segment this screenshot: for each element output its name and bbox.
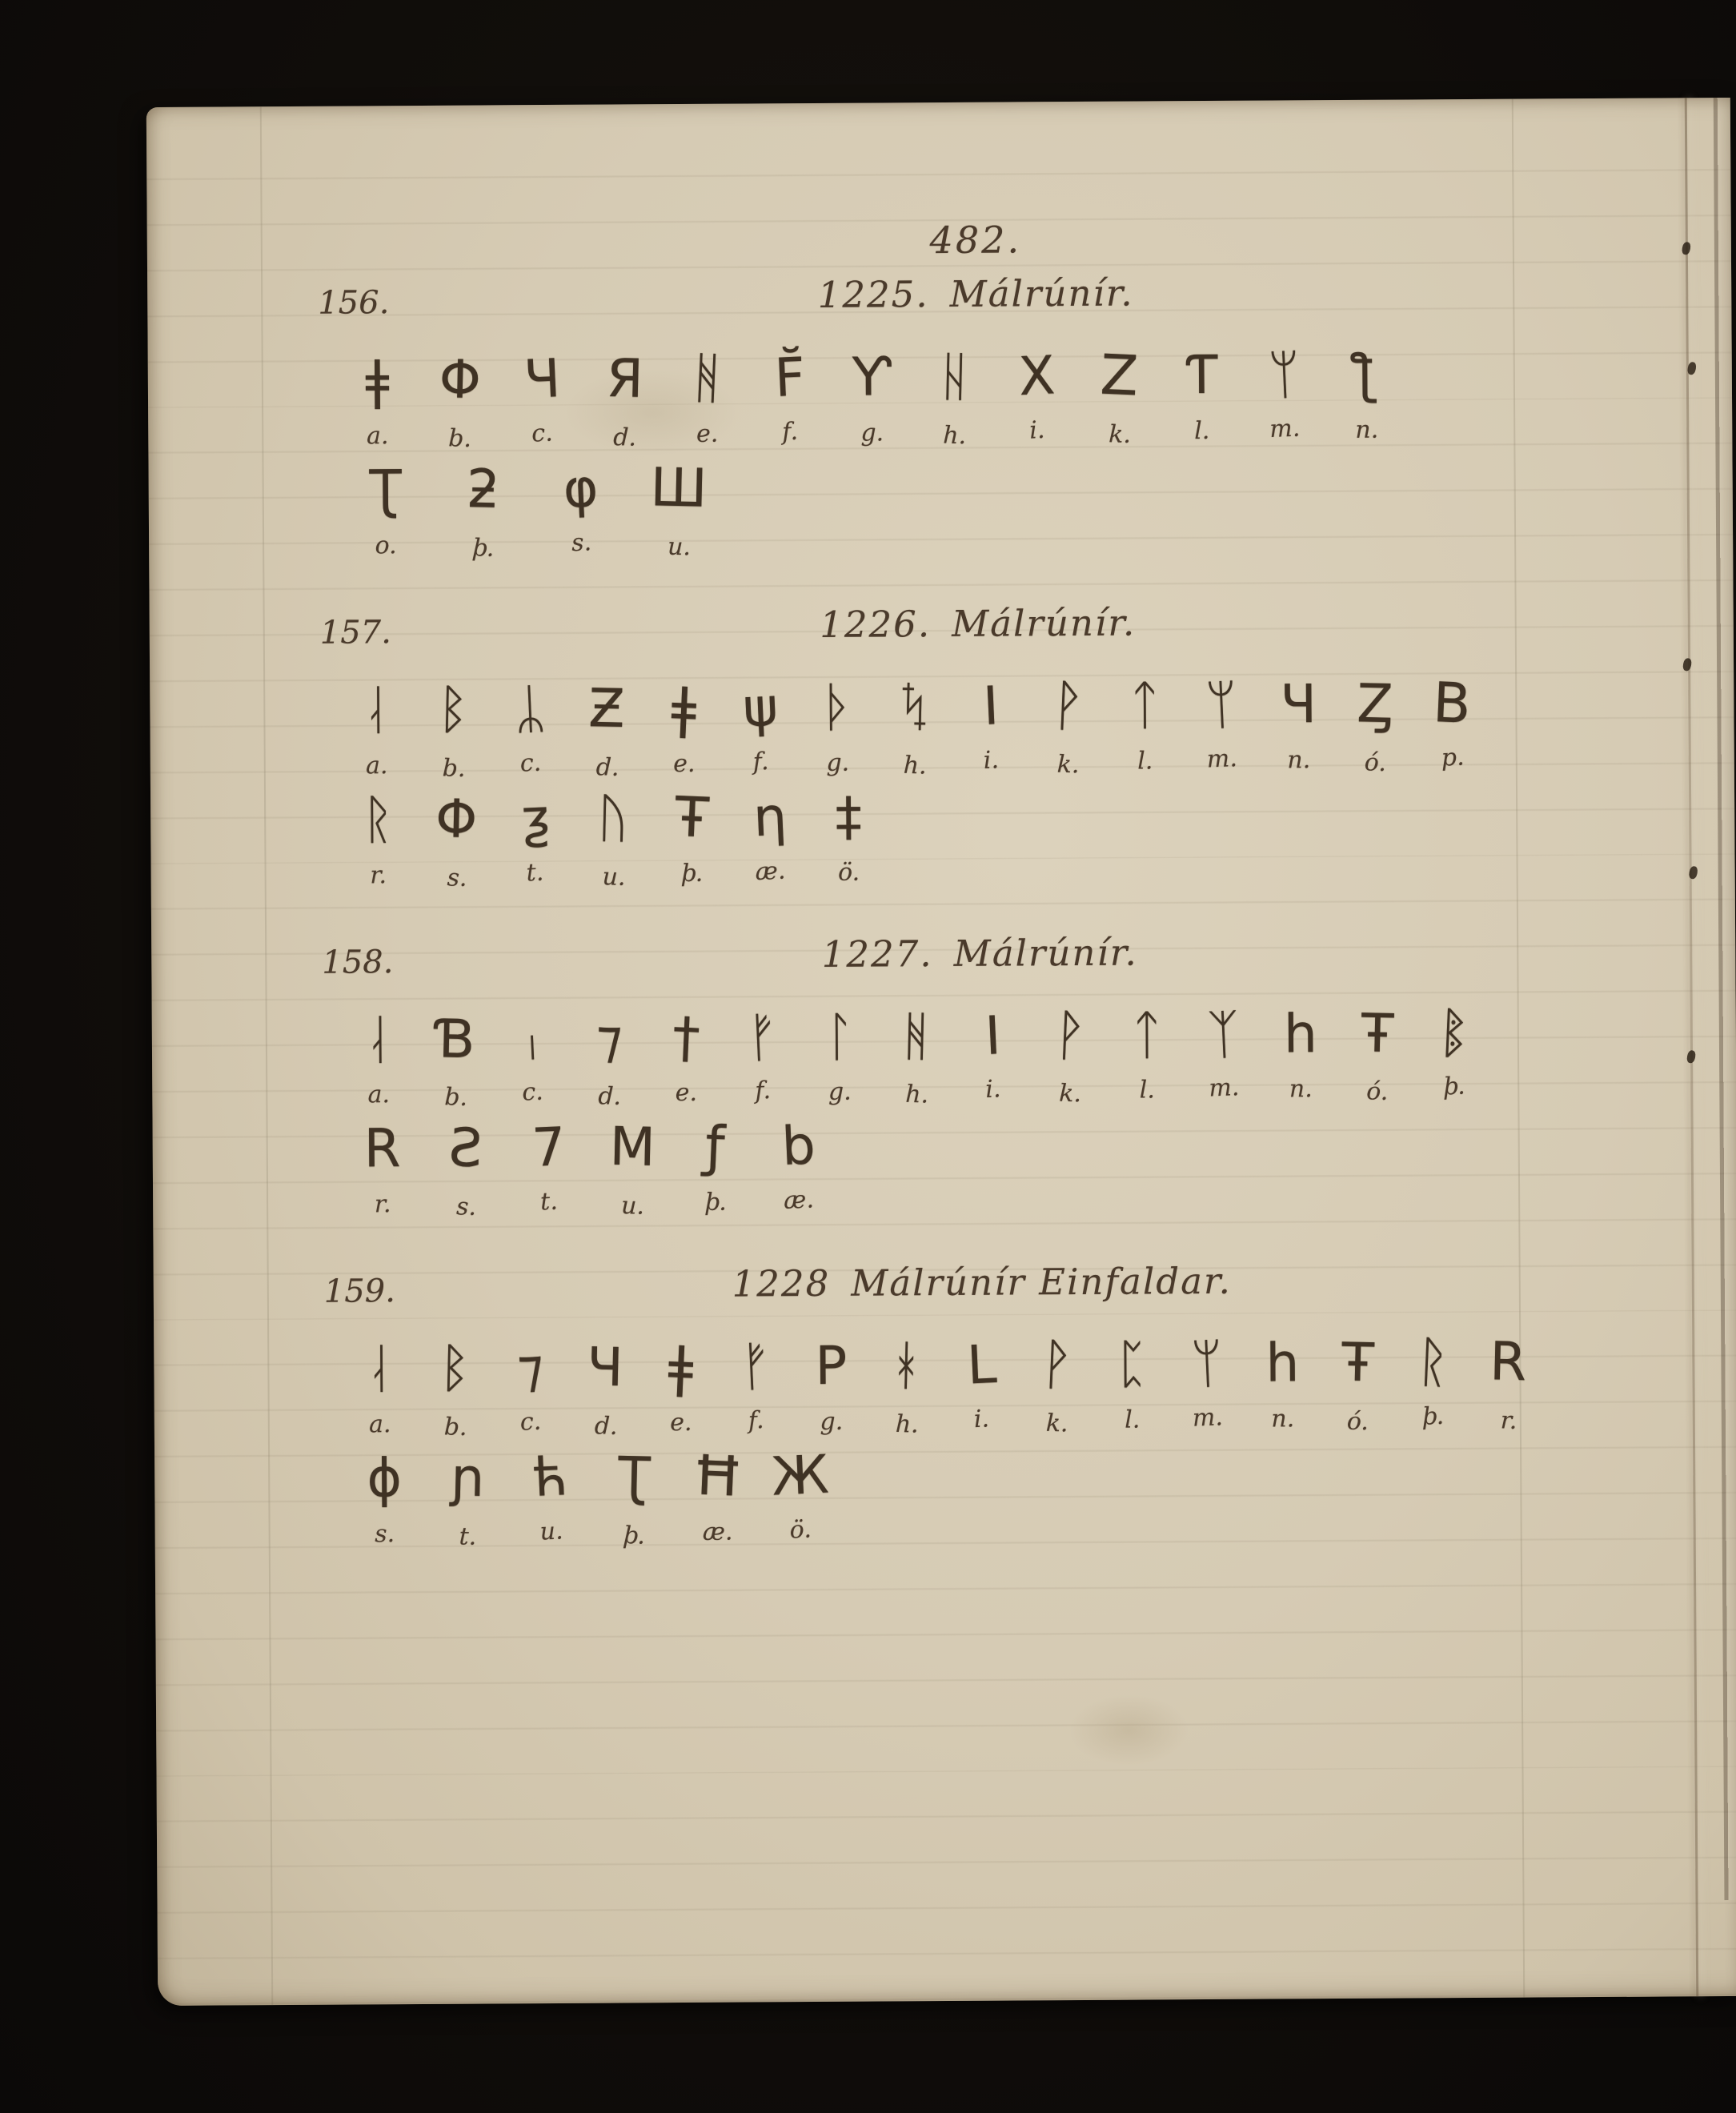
- rune-glyph: L: [965, 1334, 997, 1396]
- rune-letter-label: n.: [1287, 746, 1310, 774]
- rune-letter-label: ó.: [1366, 1078, 1389, 1107]
- rune-letter-label: r.: [375, 1191, 391, 1219]
- rune-glyph: Ч: [523, 348, 562, 411]
- rune-item: ᛦc.: [491, 679, 569, 779]
- rune-rows: ᛆa.ᛒb.⁊c.Чd.ǂe.ᚠf.Pg.ᚼh.Li.ᚹk.ᛈl.ᛘm.hn.Ŧ…: [342, 1331, 1624, 1549]
- rune-item: Ȥó.: [1337, 673, 1414, 773]
- stitch-hole: [1688, 865, 1698, 880]
- rune-glyph: ᚼ: [890, 1335, 923, 1397]
- rune-letter-label: k.: [1108, 420, 1131, 449]
- rune-item: Ɓb.: [417, 1008, 495, 1109]
- section-159: 159. 1228Málrúnír Einfaldar. ᛆa.ᛒb.⁊c.Чd…: [342, 1257, 1624, 1549]
- rune-item: ᛉm.: [1185, 1004, 1263, 1104]
- catalog-number: 1228: [732, 1262, 831, 1305]
- rune-glyph: ϕ: [367, 1448, 402, 1509]
- rune-item: ‡ö.: [809, 786, 888, 886]
- rune-letter-label: c.: [519, 748, 542, 777]
- rune-letter-label: m.: [1206, 744, 1237, 774]
- rune-glyph: X: [1017, 345, 1056, 407]
- rune-glyph: ᚱ: [1415, 1330, 1451, 1395]
- rune-letter-label: u.: [539, 1518, 563, 1546]
- rune-glyph: ᛉ: [1206, 1004, 1241, 1066]
- rune-item: ǂa.: [336, 350, 419, 451]
- rune-letter-label: ö.: [838, 858, 860, 886]
- rune-letter-label: g.: [860, 419, 884, 447]
- rune-letter-label: l.: [1140, 1077, 1155, 1105]
- rune-letter-label: c.: [531, 419, 554, 447]
- handwritten-content: 482. 156. 1225.Málrúnír. ǂa.Φb.Чc.Яd.ᚻe.…: [335, 215, 1624, 1595]
- rune-item: Ƭl.: [1161, 345, 1244, 446]
- rune-item: ћu.: [509, 1447, 593, 1548]
- section-157: 157. 1226.Málrúnír. ᛆa.ᛒb.ᛦc.Ƶd.ǂe.ψf.ᚦg…: [338, 599, 1620, 890]
- rune-glyph: Я: [606, 348, 644, 410]
- rune-glyph: Z: [1099, 343, 1139, 408]
- rune-glyph: b: [780, 1116, 816, 1178]
- rune-letter-label: æ.: [755, 856, 786, 886]
- rune-item: ψf.: [722, 677, 800, 777]
- rune-letter-label: ó.: [1365, 748, 1387, 777]
- rune-item: ᚱþ.: [1395, 1332, 1471, 1432]
- rune-item: ɲt.: [426, 1448, 510, 1549]
- rune-item: Ii.: [952, 676, 1030, 776]
- rune-item: ᚦg.: [799, 676, 876, 776]
- rune-glyph: 7: [531, 1117, 567, 1180]
- rune-item: ᛏl.: [1109, 1004, 1186, 1105]
- rune-letter-label: s.: [375, 1520, 395, 1548]
- rune-letter-label: t.: [459, 1522, 477, 1551]
- rune-letter-label: a.: [367, 1081, 390, 1109]
- rune-glyph: ƻ: [466, 459, 501, 520]
- rune-glyph: ᚹ: [1052, 1003, 1089, 1068]
- rune-glyph: ᚹ: [1050, 673, 1086, 738]
- rune-glyph: ƪ: [1357, 344, 1376, 405]
- rune-item: ᚠf.: [718, 1337, 794, 1437]
- rune-letter-label: g.: [828, 1078, 852, 1106]
- rune-glyph: ᛏ: [1131, 1004, 1163, 1065]
- rune-item: ᚢu.: [574, 788, 653, 888]
- rune-item: Чc.: [501, 349, 584, 450]
- rune-item: Жö.: [759, 1445, 843, 1546]
- rune-row: ᛆa.ᛒb.ᛦc.Ƶd.ǂe.ψf.ᚦg.ᛪh.Ii.ᚹk.ᛏl.ᛘm.Чn.Ȥ…: [338, 672, 1619, 780]
- rune-letter-label: d.: [613, 423, 637, 452]
- rune-glyph: ᚠ: [745, 1006, 780, 1069]
- rune-item: ᛏl.: [1106, 675, 1184, 775]
- rune-letter-label: l.: [1137, 747, 1153, 775]
- rune-letter-label: d.: [594, 1412, 618, 1441]
- rune-glyph: ᚠ: [739, 1336, 773, 1398]
- rune-item: Яd.: [583, 348, 667, 449]
- rune-letter-label: n.: [1271, 1405, 1294, 1433]
- binding-crease: [1685, 98, 1698, 1996]
- section-header: 159. 1228Málrúnír Einfaldar.: [342, 1257, 1622, 1329]
- rune-letter-label: æ.: [784, 1186, 815, 1216]
- rune-glyph: F̆: [773, 347, 806, 409]
- rune-row: Ʈo.ƻþ.φs.Шu.: [336, 452, 1618, 560]
- rune-letter-label: b.: [442, 754, 466, 783]
- rune-glyph: Φ: [435, 788, 478, 850]
- rune-item: bæ.: [756, 1116, 840, 1217]
- rune-item: Ƶd.: [568, 678, 646, 778]
- rune-item: φs.: [531, 458, 630, 559]
- rune-item: ᚱr.: [339, 789, 418, 889]
- rune-letter-label: þ.: [1421, 1402, 1445, 1431]
- rune-glyph: ᛘ: [1205, 674, 1239, 736]
- rune-glyph: ǂ: [365, 350, 390, 411]
- section-number: 158.: [322, 944, 393, 981]
- rune-letter-label: l.: [1194, 417, 1209, 445]
- rune-item: ǂe.: [645, 677, 723, 777]
- rune-letter-label: h.: [943, 421, 967, 450]
- rune-letter-label: g.: [820, 1408, 843, 1436]
- rune-letter-label: a.: [369, 1410, 391, 1438]
- rune-letter-label: d.: [595, 753, 619, 782]
- rune-letter-label: e.: [670, 1409, 692, 1437]
- section-header: 156. 1225.Málrúnír.: [335, 269, 1616, 341]
- section-156: 156. 1225.Málrúnír. ǂa.Φb.Чc.Яd.ᚻe.F̆f.Ƴ…: [335, 269, 1618, 560]
- rune-glyph: ћ: [532, 1446, 569, 1509]
- rune-letter-label: e.: [673, 750, 696, 778]
- rune-item: ᚼh.: [868, 1335, 944, 1435]
- rune-glyph: ᛈ: [1116, 1334, 1148, 1395]
- rune-glyph: Ч: [587, 1337, 624, 1398]
- next-page-edge: [1714, 98, 1736, 1900]
- rune-item: Шu.: [629, 458, 728, 559]
- rune-item: Ƨs.: [423, 1118, 507, 1219]
- rune-item: ᛒb.: [417, 1338, 493, 1438]
- rune-glyph: ᛒ: [439, 1338, 471, 1400]
- rune-letter-label: u.: [667, 532, 691, 561]
- rune-letter-label: e.: [676, 1079, 698, 1107]
- rune-glyph: ᛪ: [898, 676, 931, 738]
- rune-glyph: ψ: [742, 676, 780, 739]
- rune-letter-label: þ.: [472, 534, 495, 563]
- rune-item: ϕs.: [343, 1448, 427, 1549]
- rune-letter-label: b.: [443, 1413, 467, 1442]
- rune-item: ᚻe.: [666, 347, 749, 448]
- rune-letter-label: b.: [443, 1084, 467, 1113]
- section-heading: 1228Málrúnír Einfaldar.: [342, 1257, 1622, 1308]
- rune-item: ᛘm.: [1243, 344, 1326, 445]
- rune-glyph: h: [1284, 1004, 1317, 1065]
- rune-glyph: I: [982, 676, 1000, 737]
- rune-letter-label: þ.: [623, 1522, 646, 1550]
- rune-letter-label: c.: [519, 1408, 542, 1437]
- rune-glyph: ᛦ: [513, 678, 547, 740]
- rune-letter-label: f.: [781, 418, 798, 447]
- rune-rows: ᛆa.ᛒb.ᛦc.Ƶd.ǂe.ψf.ᚦg.ᛪh.Ii.ᚹk.ᛏl.ᛘm.Чn.Ȥ…: [338, 672, 1620, 890]
- section-header: 158. 1227.Málrúnír.: [339, 928, 1620, 1000]
- rune-glyph: ᛏ: [1129, 675, 1161, 736]
- rune-letter-label: e.: [696, 420, 719, 448]
- rune-glyph: Ш: [650, 457, 708, 519]
- rune-item: ƞæ.: [731, 787, 810, 887]
- rune-letter-label: n.: [1289, 1076, 1313, 1104]
- rune-letter-label: a.: [367, 422, 389, 450]
- rune-glyph: φ: [562, 458, 599, 520]
- rune-item: Ħæ.: [676, 1446, 760, 1547]
- rune-letter-label: k.: [1056, 750, 1080, 779]
- rune-glyph: †: [671, 1005, 701, 1069]
- rune-letter-label: þ.: [1443, 1073, 1466, 1101]
- section-title: Málrúnír.: [949, 272, 1133, 315]
- rune-glyph: Ħ: [691, 1444, 744, 1510]
- rune-glyph: Ŧ: [1361, 1003, 1394, 1065]
- section-heading: 1227.Málrúnír.: [339, 928, 1620, 978]
- rune-glyph: B: [1432, 671, 1472, 736]
- rune-letter-label: c.: [521, 1078, 543, 1107]
- rune-letter-label: r.: [370, 861, 387, 889]
- rune-glyph: ‡: [835, 786, 861, 847]
- rune-item: ᛘm.: [1169, 1333, 1245, 1433]
- rune-item: Ƴg.: [831, 347, 914, 447]
- rune-item: hn.: [1262, 1004, 1340, 1104]
- rune-letter-label: m.: [1209, 1074, 1240, 1104]
- rune-item: Ʈþ.: [592, 1446, 676, 1547]
- rune-letter-label: f.: [755, 1077, 772, 1105]
- rune-item: Pg.: [793, 1336, 869, 1436]
- rune-glyph: R: [1489, 1332, 1528, 1393]
- rune-glyph: P: [815, 1336, 847, 1397]
- rune-glyph: ᚦ: [821, 676, 853, 737]
- stitch-hole: [1686, 361, 1697, 375]
- rune-item: ƒþ.: [673, 1117, 757, 1217]
- rune-glyph: ɲ: [450, 1447, 485, 1509]
- rune-letter-label: k.: [1045, 1409, 1068, 1438]
- rune-letter-label: g.: [826, 748, 849, 776]
- rune-letter-label: a.: [366, 752, 388, 780]
- rune-letter-label: k.: [1059, 1080, 1082, 1109]
- rune-glyph: I: [984, 1005, 1002, 1067]
- section-title: Málrúnír Einfaldar.: [851, 1260, 1232, 1305]
- left-margin-rule: [260, 106, 273, 2005]
- rune-letter-label: o.: [375, 531, 396, 559]
- section-title: Málrúnír.: [952, 601, 1136, 644]
- rune-glyph: Ȥ: [1357, 673, 1394, 735]
- rune-glyph: ᚺ: [938, 346, 971, 407]
- rune-glyph: ᛆ: [360, 680, 392, 740]
- catalog-number: 1226.: [820, 603, 931, 646]
- section-158: 158. 1227.Málrúnír. ᛆa.Ɓb.ᛧc.⁊d.†e.ᚠf.ᛚg…: [339, 928, 1622, 1219]
- rune-item: 7t.: [507, 1117, 591, 1218]
- rune-letter-label: p.: [1441, 743, 1465, 772]
- rune-glyph: ᚢ: [597, 788, 630, 849]
- section-heading: 1226.Málrúnír.: [338, 599, 1618, 649]
- rune-item: ᛆa.: [342, 1338, 418, 1438]
- rune-item: Φb.: [419, 349, 502, 450]
- rune-letter-label: f.: [748, 1406, 764, 1435]
- rune-letter-label: s.: [447, 864, 467, 892]
- rune-row: ᚱr.Φs.ƺt.ᚢu.Ŧþ.ƞæ.‡ö.: [339, 782, 1620, 890]
- rune-item: Rr.: [340, 1118, 424, 1219]
- rune-item: F̆f.: [748, 347, 832, 448]
- rune-letter-label: þ.: [704, 1189, 726, 1217]
- rune-item: ᛚg.: [801, 1006, 879, 1106]
- rune-item: ᚻh.: [878, 1005, 956, 1105]
- rune-glyph: ᚱ: [362, 789, 394, 850]
- rune-glyph: ᛆ: [363, 1009, 395, 1070]
- section-number: 157.: [320, 614, 391, 652]
- rune-item: Rr.: [1470, 1332, 1546, 1432]
- rune-item: ᛘm.: [1183, 674, 1261, 774]
- rune-glyph: ǂ: [670, 676, 698, 740]
- rune-item: Xi.: [996, 346, 1079, 447]
- rune-item: Bp.: [1413, 673, 1491, 773]
- rune-item: Чn.: [1260, 674, 1337, 774]
- rune-glyph: Ж: [771, 1445, 830, 1508]
- rune-letter-label: r.: [1500, 1407, 1517, 1436]
- rune-item: ᛆa.: [338, 680, 415, 780]
- stitch-hole: [1682, 657, 1693, 672]
- rune-glyph: Ƭ: [1185, 345, 1218, 406]
- rune-rows: ᛆa.Ɓb.ᛧc.⁊d.†e.ᚠf.ᛚg.ᚻh.Ii.ᚹk.ᛏl.ᛉm.hn.Ŧ…: [340, 1001, 1622, 1219]
- rune-glyph: h: [1265, 1333, 1299, 1394]
- rune-item: Φs.: [417, 788, 496, 888]
- rune-item: ƪn.: [1325, 343, 1409, 444]
- rune-glyph: ᛚ: [824, 1006, 856, 1067]
- rune-letter-label: n.: [1355, 416, 1378, 444]
- rune-glyph: R: [364, 1119, 401, 1180]
- rune-item: Ŧó.: [1339, 1003, 1417, 1103]
- rune-letter-label: i.: [985, 1076, 1002, 1105]
- rune-item: hn.: [1245, 1333, 1321, 1433]
- rune-glyph: Ŧ: [674, 785, 710, 850]
- rune-glyph: Ɓ: [435, 1008, 475, 1070]
- rune-item: ᛧc.: [494, 1008, 571, 1108]
- rune-glyph: ᚻ: [900, 1005, 932, 1067]
- rune-letter-label: ó.: [1347, 1408, 1369, 1437]
- rune-item: ᚺh.: [913, 347, 996, 447]
- section-number: 156.: [318, 284, 389, 322]
- rune-glyph: Ч: [1281, 674, 1317, 735]
- photo-backdrop: { "photo": { "backdrop_color": "#100d0a"…: [0, 0, 1736, 2113]
- rune-letter-label: i.: [974, 1405, 991, 1434]
- rune-letter-label: l.: [1125, 1406, 1140, 1434]
- section-header: 157. 1226.Málrúnír.: [338, 599, 1618, 671]
- rune-item: ᚹk.: [1019, 1334, 1095, 1434]
- rune-letter-label: þ.: [681, 859, 703, 887]
- rune-glyph: Ŧ: [1341, 1333, 1374, 1394]
- manuscript-page: 482. 156. 1225.Málrúnír. ǂa.Φb.Чc.Яd.ᚻe.…: [146, 98, 1736, 2006]
- rune-glyph: Ʈ: [617, 1446, 651, 1508]
- section-title: Málrúnír.: [953, 931, 1137, 974]
- rune-letter-label: i.: [1028, 416, 1045, 445]
- rune-item: ᚹk.: [1032, 1004, 1109, 1105]
- rune-glyph: ᛒ: [437, 679, 470, 740]
- rune-letter-label: b.: [448, 424, 472, 453]
- rune-glyph: Ƶ: [588, 678, 626, 740]
- rune-item: ƻþ.: [434, 459, 532, 559]
- rune-letter-label: u.: [620, 1192, 644, 1221]
- rune-item: ᚠf.: [724, 1007, 802, 1107]
- rune-glyph: ᛘ: [1190, 1333, 1225, 1395]
- rune-item: ⁊d.: [571, 1008, 648, 1108]
- rune-item: ᚹk.: [1029, 676, 1107, 776]
- section-heading: 1225.Málrúnír.: [335, 269, 1616, 319]
- rune-glyph: Ƴ: [852, 347, 892, 407]
- paper-stain: [1068, 1694, 1189, 1766]
- rune-letter-label: ö.: [789, 1516, 812, 1545]
- rune-glyph: ǂ: [667, 1335, 695, 1399]
- rune-item: ⁊c.: [492, 1337, 568, 1437]
- rune-letter-label: t.: [540, 1188, 559, 1217]
- rune-item: ᛪh.: [876, 676, 953, 776]
- rune-glyph: ᛘ: [1267, 344, 1301, 407]
- page-number: 482.: [335, 215, 1616, 266]
- rune-item: Чd.: [567, 1337, 643, 1437]
- stitch-hole: [1681, 241, 1691, 255]
- rune-item: ᛆa.: [340, 1009, 418, 1109]
- rune-item: Mu.: [590, 1117, 674, 1218]
- rune-glyph: ᛧ: [515, 1008, 549, 1070]
- rune-row: ᛆa.ᛒb.⁊c.Чd.ǂe.ᚠf.Pg.ᚼh.Li.ᚹk.ᛈl.ᛘm.hn.Ŧ…: [342, 1331, 1623, 1439]
- rune-letter-label: u.: [602, 863, 626, 892]
- rune-glyph: Φ: [439, 349, 482, 411]
- rune-letter-label: s.: [455, 1193, 476, 1222]
- rune-item: Zk.: [1078, 345, 1161, 446]
- rune-item: ǂe.: [643, 1337, 719, 1437]
- rune-letter-label: m.: [1192, 1403, 1223, 1433]
- stitch-hole: [1686, 1049, 1697, 1064]
- rune-item: Ʈo.: [336, 459, 435, 560]
- rune-glyph: ᛔ: [1437, 1000, 1473, 1065]
- rune-row: Rr.Ƨs.7t.Mu.ƒþ.bæ.: [340, 1111, 1622, 1219]
- rune-item: ᛈl.: [1094, 1334, 1170, 1434]
- rune-letter-label: d.: [597, 1083, 621, 1112]
- rune-item: Ŧó.: [1320, 1333, 1396, 1433]
- rune-item: ᛔþ.: [1416, 1002, 1493, 1102]
- section-number: 159.: [324, 1273, 395, 1311]
- rune-glyph: Ʈ: [369, 459, 402, 520]
- catalog-number: 1227.: [822, 932, 933, 976]
- rune-glyph: Ƨ: [448, 1118, 483, 1180]
- rune-letter-label: æ.: [703, 1518, 733, 1546]
- rune-glyph: ᛆ: [363, 1339, 395, 1400]
- rune-row: ϕs.ɲt.ћu.Ʈþ.Ħæ.Жö.: [343, 1441, 1624, 1549]
- rune-item: ƺt.: [495, 788, 575, 888]
- rune-letter-label: h.: [895, 1410, 919, 1439]
- rune-rows: ǂa.Φb.Чc.Яd.ᚻe.F̆f.Ƴg.ᚺh.Xi.Zk.Ƭl.ᛘm.ƪn.…: [336, 343, 1618, 560]
- rune-letter-label: h.: [904, 1081, 928, 1109]
- rune-glyph: ⁊: [515, 1337, 544, 1399]
- rune-item: †e.: [647, 1007, 725, 1107]
- rune-item: Ii.: [955, 1005, 1032, 1105]
- rune-letter-label: h.: [903, 751, 927, 780]
- rune-glyph: ƺ: [519, 788, 550, 849]
- rune-letter-label: f.: [752, 748, 769, 776]
- rune-letter-label: i.: [983, 746, 1000, 775]
- rune-glyph: M: [608, 1117, 656, 1178]
- rune-letter-label: s.: [571, 528, 591, 557]
- rune-glyph: ᚻ: [689, 346, 725, 411]
- rune-item: Li.: [944, 1335, 1020, 1435]
- rune-glyph: ƞ: [752, 786, 788, 848]
- rune-row: ǂa.Φb.Чc.Яd.ᚻe.F̆f.Ƴg.ᚺh.Xi.Zk.Ƭl.ᛘm.ƪn.: [336, 343, 1618, 451]
- rune-glyph: ᚹ: [1039, 1333, 1075, 1397]
- rune-item: Ŧþ.: [652, 787, 732, 887]
- catalog-number: 1225.: [818, 273, 929, 316]
- rune-row: ᛆa.Ɓb.ᛧc.⁊d.†e.ᚠf.ᛚg.ᚻh.Ii.ᚹk.ᛏl.ᛉm.hn.Ŧ…: [340, 1001, 1622, 1109]
- rune-glyph: ƒ: [704, 1115, 727, 1179]
- rune-letter-label: t.: [526, 858, 544, 887]
- rune-letter-label: m.: [1269, 415, 1300, 444]
- rune-glyph: ⁊: [595, 1008, 623, 1069]
- rune-item: ᛒb.: [415, 679, 492, 779]
